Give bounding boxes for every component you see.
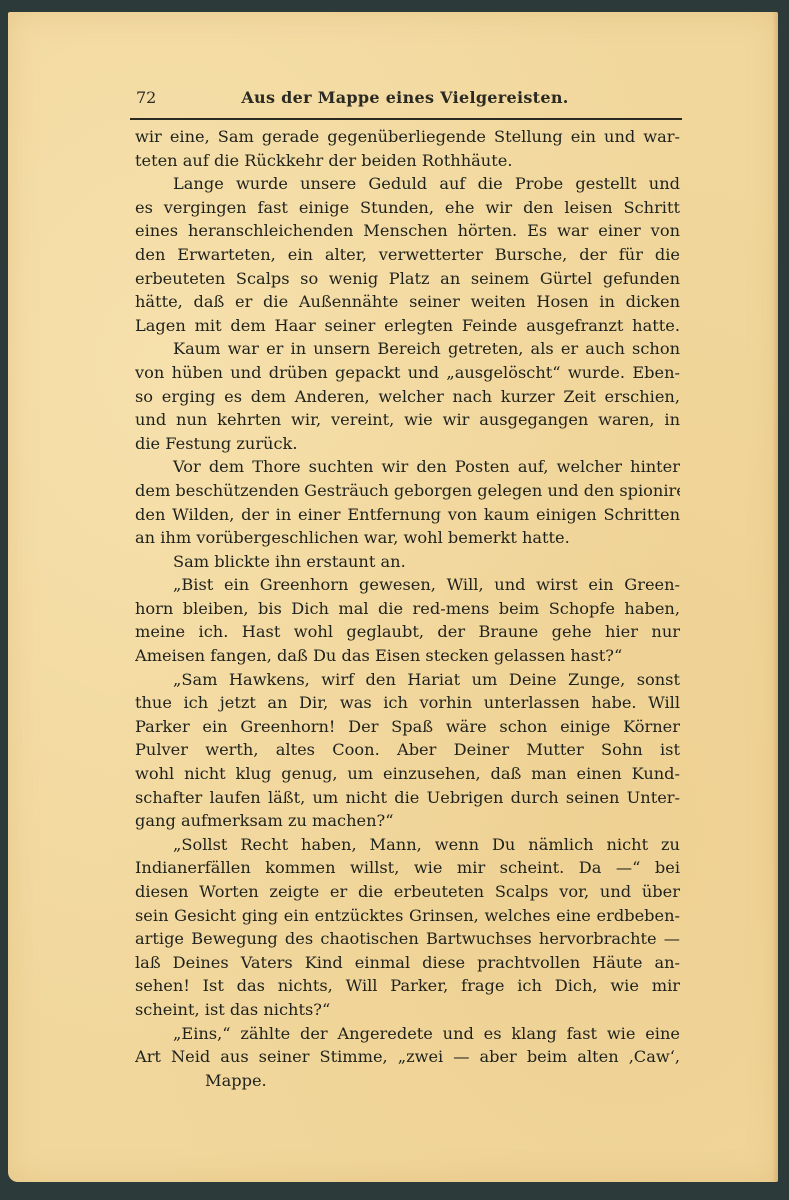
- text-line: erbeuteten Scalps so wenig Platz an sein…: [135, 267, 680, 291]
- text-line: „Eins,“ zählte der Angeredete und es kla…: [135, 1022, 680, 1046]
- text-line: Kaum war er in unsern Bereich getreten, …: [135, 337, 680, 361]
- text-line: sehen! Ist das nichts, Will Parker, frag…: [135, 974, 680, 998]
- text-line: gang aufmerksam zu machen?“: [135, 809, 680, 833]
- text-line: so erging es dem Anderen, welcher nach k…: [135, 385, 680, 409]
- text-line: diesen Worten zeigte er die erbeuteten S…: [135, 880, 680, 904]
- text-line: scheint, ist das nichts?“: [135, 998, 680, 1022]
- text-line: Vor dem Thore suchten wir den Posten auf…: [135, 455, 680, 479]
- text-line: wohl nicht klug genug, um einzusehen, da…: [135, 762, 680, 786]
- body-text: wir eine, Sam gerade gegenüberliegende S…: [135, 125, 680, 1092]
- text-line: artige Bewegung des chaotischen Bartwuch…: [135, 927, 680, 951]
- header-rule: [130, 118, 682, 120]
- text-line: es vergingen fast einige Stunden, ehe wi…: [135, 196, 680, 220]
- text-line: Lange wurde unsere Geduld auf die Probe …: [135, 172, 680, 196]
- text-line: die Festung zurück.: [135, 432, 680, 456]
- text-line: Art Neid aus seiner Stimme, „zwei — aber…: [135, 1045, 680, 1069]
- text-line: sein Gesicht ging ein entzücktes Grinsen…: [135, 904, 680, 928]
- text-line: thue ich jetzt an Dir, was ich vorhin un…: [135, 691, 680, 715]
- text-line: hätte, daß er die Außennähte seiner weit…: [135, 290, 680, 314]
- text-line: Lagen mit dem Haar seiner erlegten Feind…: [135, 314, 680, 338]
- text-line: dem beschützenden Gesträuch geborgen gel…: [135, 479, 680, 503]
- text-line: teten auf die Rückkehr der beiden Rothhä…: [135, 149, 680, 173]
- text-line: von hüben und drüben gepackt und „ausgel…: [135, 361, 680, 385]
- text-line: meine ich. Hast wohl geglaubt, der Braun…: [135, 620, 680, 644]
- text-line: eines heranschleichenden Menschen hörten…: [135, 219, 680, 243]
- text-line: „Bist ein Greenhorn gewesen, Will, und w…: [135, 573, 680, 597]
- text-line: „Sam Hawkens, wirf den Hariat um Deine Z…: [135, 668, 680, 692]
- text-line: Indianerfällen kommen willst, wie mir sc…: [135, 856, 680, 880]
- text-line: an ihm vorübergeschlichen war, wohl beme…: [135, 526, 680, 550]
- text-line: laß Deines Vaters Kind einmal diese prac…: [135, 951, 680, 975]
- text-line: horn bleiben, bis Dich mal die red-mens …: [135, 597, 680, 621]
- running-title: Aus der Mappe eines Vielgereisten.: [130, 88, 680, 107]
- text-line: und nun kehrten wir, vereint, wie wir au…: [135, 408, 680, 432]
- text-line: Ameisen fangen, daß Du das Eisen stecken…: [135, 644, 680, 668]
- signature-line: Mappe.: [135, 1069, 680, 1093]
- text-line: den Erwarteten, ein alter, verwetterter …: [135, 243, 680, 267]
- text-line: schafter laufen läßt, um nicht die Uebri…: [135, 786, 680, 810]
- text-line: Parker ein Greenhorn! Der Spaß wäre scho…: [135, 715, 680, 739]
- text-line: Pulver werth, altes Coon. Aber Deiner Mu…: [135, 738, 680, 762]
- text-line: Sam blickte ihn erstaunt an.: [135, 550, 680, 574]
- text-line: wir eine, Sam gerade gegenüberliegende S…: [135, 125, 680, 149]
- text-line: „Sollst Recht haben, Mann, wenn Du nämli…: [135, 833, 680, 857]
- text-line: den Wilden, der in einer Entfernung von …: [135, 503, 680, 527]
- page-header: 72 Aus der Mappe eines Vielgereisten.: [130, 88, 680, 110]
